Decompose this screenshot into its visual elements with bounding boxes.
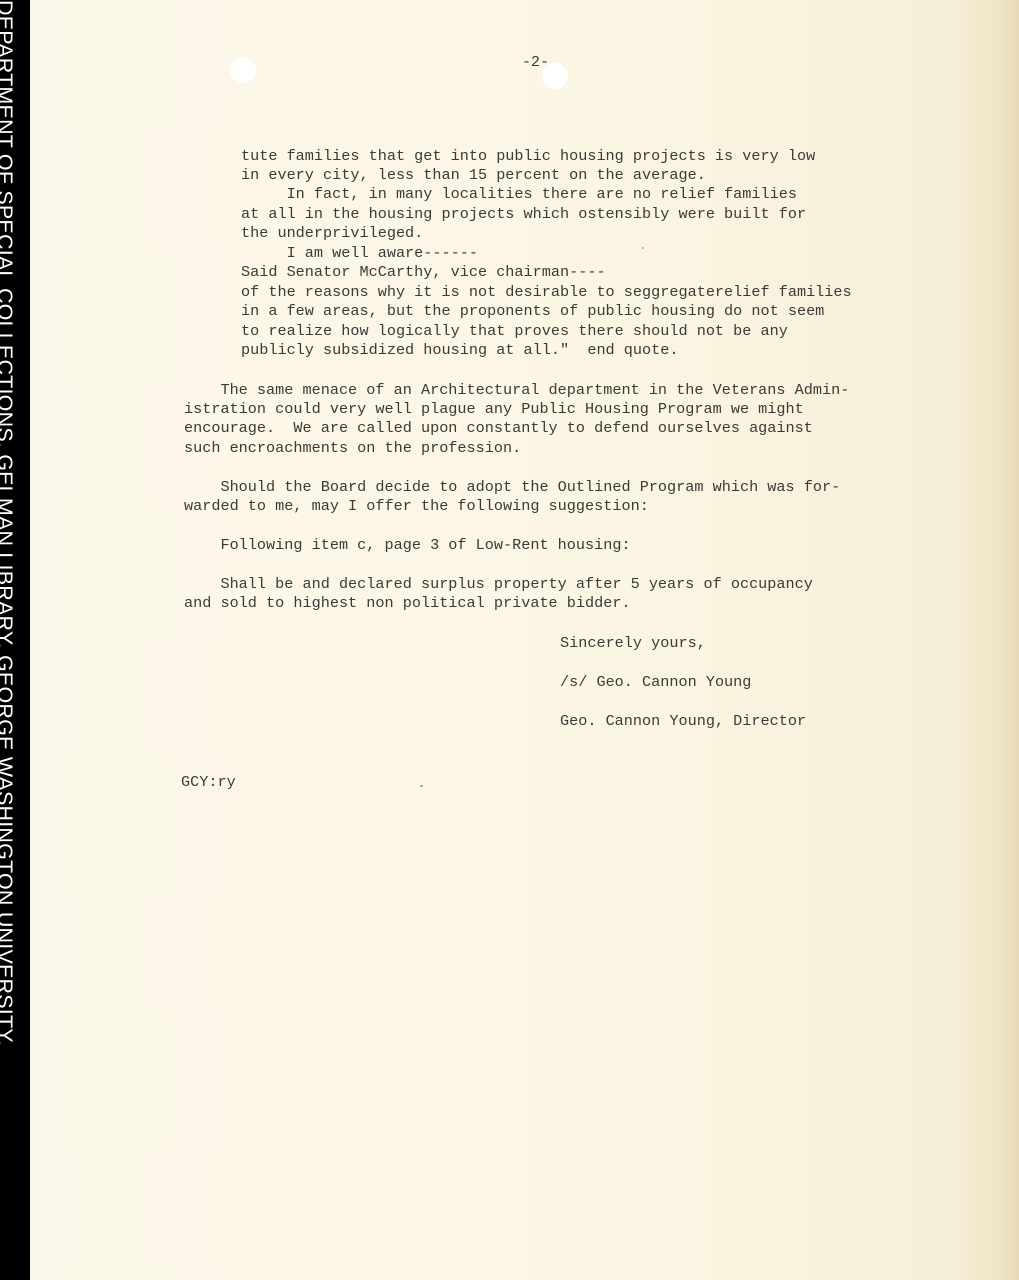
archive-credit-text: DEPARTMENT OF SPECIAL COLLECTIONS. GELMA… xyxy=(0,0,15,1280)
paragraph-line: and sold to highest non political privat… xyxy=(184,594,631,614)
quote-line: publicly subsidized housing at all." end… xyxy=(241,341,678,361)
signature: /s/ Geo. Cannon Young xyxy=(560,673,751,693)
paragraph-line: Shall be and declared surplus property a… xyxy=(184,575,813,595)
paragraph-line: encourage. We are called upon constantly… xyxy=(184,419,813,439)
ink-speck xyxy=(642,247,644,249)
archive-band: DEPARTMENT OF SPECIAL COLLECTIONS. GELMA… xyxy=(0,0,30,1280)
signer-title: Geo. Cannon Young, Director xyxy=(560,712,806,732)
page-number: -2- xyxy=(522,53,549,73)
quote-line: in every city, less than 15 percent on t… xyxy=(241,166,706,186)
quote-line: tute families that get into public housi… xyxy=(241,147,815,167)
paragraph-line: warded to me, may I offer the following … xyxy=(184,497,649,517)
reference-initials: GCY:ry xyxy=(181,773,236,793)
quote-line: Said Senator McCarthy, vice chairman---- xyxy=(241,263,606,283)
paragraph-line: istration could very well plague any Pub… xyxy=(184,400,804,420)
paragraph-following: Following item c, page 3 of Low-Rent hou… xyxy=(184,536,631,556)
paragraph-line: such encroachments on the profession. xyxy=(184,439,521,459)
punch-hole-left xyxy=(230,57,256,83)
quote-line: of the reasons why it is not desirable t… xyxy=(241,283,852,303)
quote-line: the underprivileged. xyxy=(241,224,423,244)
quote-line: I am well aware------ xyxy=(241,244,478,264)
quote-line: In fact, in many localities there are no… xyxy=(241,185,797,205)
letter-page: -2- tute families that get into public h… xyxy=(30,0,1019,1280)
quote-line: at all in the housing projects which ost… xyxy=(241,205,806,225)
ink-speck xyxy=(420,785,423,787)
paragraph-line: Should the Board decide to adopt the Out… xyxy=(184,478,840,498)
closing: Sincerely yours, xyxy=(560,634,706,654)
paragraph-line: The same menace of an Architectural depa… xyxy=(184,381,849,401)
quote-line: to realize how logically that proves the… xyxy=(241,322,788,342)
quote-line: in a few areas, but the proponents of pu… xyxy=(241,302,824,322)
